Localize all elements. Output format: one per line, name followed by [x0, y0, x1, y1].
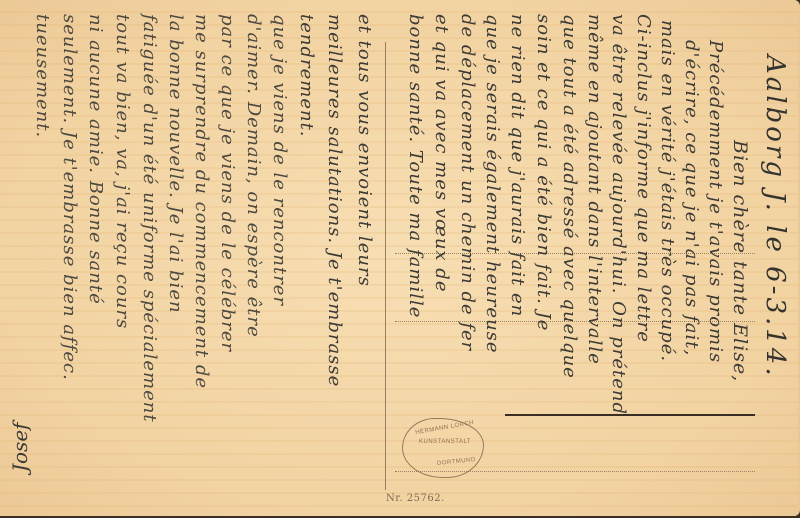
stamp-line-2: KUNSTANSTALT	[419, 439, 471, 445]
message-line-14: et tous vous envoient leurs	[355, 14, 373, 287]
message-line-1: Précédemment je t'avais promis	[706, 40, 724, 363]
message-line-15: meilleures salutations. Je t'embrasse	[325, 14, 343, 387]
message-line-9: ne rien dit que j'aurais fait en	[508, 14, 526, 317]
message-line-2: d'écrire, ce que je n'ai pas fait,	[682, 40, 700, 356]
message-line-cont-8: ni aucune amie. Bonne santé	[86, 14, 104, 305]
publisher-stamp: HERMANN LORCH KUNSTANSTALT DORTMUND	[402, 418, 484, 478]
greeting: Bien chère tante Elise,	[730, 140, 749, 382]
stamp-line-1: HERMANN LORCH	[415, 420, 475, 436]
date-line: Aalborg J. le 6-3.14.	[760, 55, 790, 379]
message-line-7: que tout a été adressé avec quelque	[560, 14, 578, 379]
message-line-16: tendrement.	[297, 14, 315, 138]
message-line-cont-7: tout va bien, va, j'ai reçu cours	[113, 14, 131, 329]
message-address-divider	[385, 42, 386, 490]
message-line-4: Ci-inclus j'informe que ma lettre	[634, 14, 652, 343]
message-line-10: que je serais également heureuse	[483, 14, 501, 354]
message-line-3: mais en vérité j'étais très occupé.	[658, 20, 676, 362]
message-line-cont-10: tueusement.	[33, 14, 51, 138]
message-line-cont-1: que je viens de le rencontrer	[270, 14, 288, 306]
message-line-12: et qui va avec mes vœux de	[432, 14, 450, 292]
message-line-cont-3: par ce que je viens de le célébrer	[218, 14, 236, 352]
address-line-underline	[505, 414, 755, 416]
message-line-cont-9: seulement. Je t'embrasse bien affec.	[60, 14, 78, 381]
signature: Josef	[8, 422, 32, 472]
message-line-6: même en ajoutant dans l'intervalle	[585, 14, 603, 365]
message-line-cont-5: la bonne nouvelle. Je l'ai bien	[166, 14, 184, 314]
message-line-13: bonne santé. Toute ma famille	[406, 14, 424, 318]
message-line-cont-2: d'aimer. Demain, on espère être	[244, 14, 262, 338]
print-number: Nr. 25762.	[386, 493, 445, 504]
message-line-cont-6: fatiguée d'un été uniforme spécialement	[140, 14, 158, 423]
message-line-cont-4: me surprendre du commencement de	[192, 14, 210, 389]
message-line-8: soin et ce qui a été bien fait. Je	[534, 14, 552, 331]
message-line-5: va être relevée aujourd'hui. On prétend	[609, 14, 627, 415]
message-line-11: de déplacement un chemin de fer	[458, 14, 476, 351]
stamp-line-3: DORTMUND	[437, 457, 476, 467]
postcard-back: Aalborg J. le 6-3.14. Bien chère tante E…	[0, 0, 800, 516]
